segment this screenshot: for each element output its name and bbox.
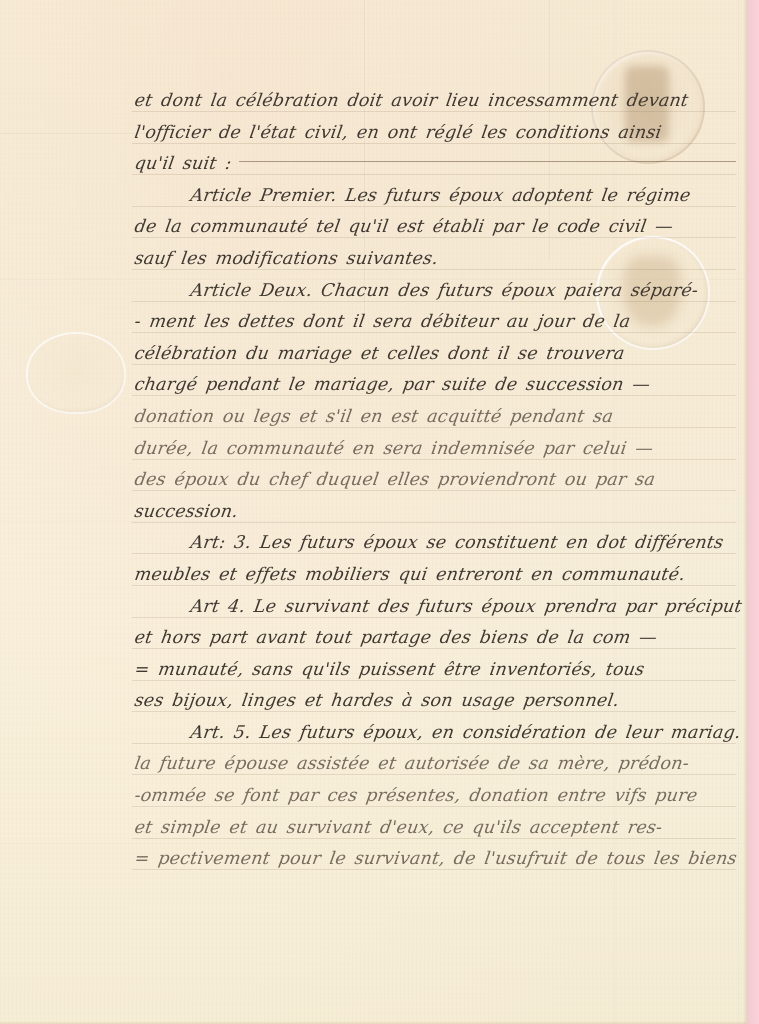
scanned-document: et dont la célébration doit avoir lieu i…: [0, 0, 759, 1024]
scanner-background-edge: [746, 0, 759, 1024]
manuscript-line-text: l'officier de l'état civil, en ont réglé…: [132, 118, 664, 150]
manuscript-line-text: = munauté, sans qu'ils puissent être inv…: [132, 655, 647, 687]
manuscript-line-text: la future épouse assistée et autorisée d…: [132, 749, 691, 781]
manuscript-line-text: et dont la célébration doit avoir lieu i…: [132, 86, 691, 118]
manuscript-line: Art. 5. Les futurs époux, en considérati…: [132, 718, 736, 750]
manuscript-line-text: -ommée se font par ces présentes, donati…: [132, 781, 700, 813]
manuscript-line-text: des époux du chef duquel elles proviendr…: [132, 465, 657, 497]
manuscript-line: = munauté, sans qu'ils puissent être inv…: [132, 655, 736, 687]
manuscript-line: qu'il suit :: [132, 149, 736, 181]
manuscript-line: Art 4. Le survivant des futurs époux pre…: [132, 592, 736, 624]
manuscript-line: de la communauté tel qu'il est établi pa…: [132, 212, 736, 244]
manuscript-line: -ommée se font par ces présentes, donati…: [132, 781, 736, 813]
manuscript-line: - ment les dettes dont il sera débiteur …: [132, 307, 736, 339]
manuscript-line: meubles et effets mobiliers qui entreron…: [132, 560, 736, 592]
manuscript-line-text: qu'il suit :: [132, 149, 234, 181]
manuscript-line-text: célébration du mariage et celles dont il…: [132, 339, 627, 371]
manuscript-line-text: - ment les dettes dont il sera débiteur …: [132, 307, 633, 339]
manuscript-line: ses bijoux, linges et hardes à son usage…: [132, 686, 736, 718]
manuscript-line: des époux du chef duquel elles proviendr…: [132, 465, 736, 497]
manuscript-line-text: de la communauté tel qu'il est établi pa…: [132, 212, 675, 244]
manuscript-line: et dont la célébration doit avoir lieu i…: [132, 86, 736, 118]
manuscript-line: succession.: [132, 497, 736, 529]
manuscript-line: la future épouse assistée et autorisée d…: [132, 749, 736, 781]
manuscript-line-text: et simple et au survivant d'eux, ce qu'i…: [132, 813, 665, 845]
manuscript-line: chargé pendant le mariage, par suite de …: [132, 370, 736, 402]
manuscript-line-text: et hors part avant tout partage des bien…: [132, 623, 659, 655]
manuscript-line-text: durée, la communauté en sera indemnisée …: [132, 434, 655, 466]
manuscript-line: célébration du mariage et celles dont il…: [132, 339, 736, 371]
manuscript-line-text: Article Deux. Chacun des futurs époux pa…: [188, 276, 700, 308]
manuscript-line: = pectivement pour le survivant, de l'us…: [132, 844, 736, 876]
manuscript-line-text: succession.: [132, 497, 240, 529]
manuscript-line: l'officier de l'état civil, en ont réglé…: [132, 118, 736, 150]
manuscript-line-text: Article Premier. Les futurs époux adopte…: [188, 181, 693, 213]
manuscript-line: sauf les modifications suivantes.: [132, 244, 736, 276]
manuscript-line-text: donation ou legs et s'il en est acquitté…: [132, 402, 615, 434]
manuscript-line: Art: 3. Les futurs époux se constituent …: [132, 528, 736, 560]
manuscript-line-text: ses bijoux, linges et hardes à son usage…: [132, 686, 621, 718]
manuscript-line: durée, la communauté en sera indemnisée …: [132, 434, 736, 466]
text-block: et dont la célébration doit avoir lieu i…: [132, 86, 736, 876]
manuscript-line-text: = pectivement pour le survivant, de l'us…: [132, 844, 739, 876]
manuscript-line: Article Deux. Chacun des futurs époux pa…: [132, 276, 736, 308]
manuscript-line-text: Art. 5. Les futurs époux, en considérati…: [188, 718, 743, 750]
manuscript-line-text: Art: 3. Les futurs époux se constituent …: [188, 528, 726, 560]
manuscript-line: donation ou legs et s'il en est acquitté…: [132, 402, 736, 434]
manuscript-line: et hors part avant tout partage des bien…: [132, 623, 736, 655]
manuscript-line: et simple et au survivant d'eux, ce qu'i…: [132, 813, 736, 845]
manuscript-line-text: meubles et effets mobiliers qui entreron…: [132, 560, 687, 592]
manuscript-line-text: Art 4. Le survivant des futurs époux pre…: [188, 592, 744, 624]
manuscript-line: Article Premier. Les futurs époux adopte…: [132, 181, 736, 213]
manuscript-line-text: sauf les modifications suivantes.: [132, 244, 440, 276]
manuscript-line-text: chargé pendant le mariage, par suite de …: [132, 370, 652, 402]
